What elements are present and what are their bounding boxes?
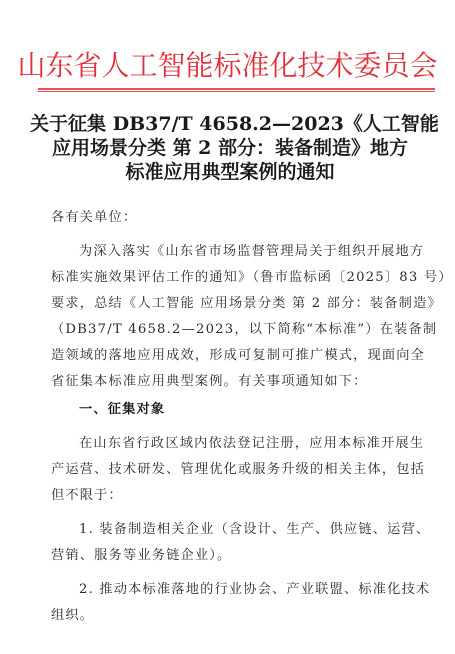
section-line: 但不限于：: [51, 484, 123, 503]
notice-body: 各有关单位： 为深入落实《山东省市场监督管理局关于组织开展地方 标准实施效果评估…: [51, 0, 406, 654]
section-line: 产运营、技术研发、管理优化或服务升级的相关主体，包括: [51, 458, 425, 477]
intro-line: 造领域的落地应用成效，形成可复制可推广模式，现面向全: [51, 344, 425, 363]
list-item-1-cont: 营销、服务等业务链企业）。: [51, 544, 231, 563]
section-line: 在山东省行政区域内依法登记注册，应用本标准开展生: [79, 432, 424, 451]
list-item-2: 2. 推动本标准落地的行业协会、产业联盟、标准化技术: [79, 578, 430, 597]
salutation: 各有关单位：: [51, 206, 137, 225]
intro-line: 标准实施效果评估工作的通知》（鲁市监标函〔2025〕83 号）: [51, 266, 453, 285]
intro-line: 为深入落实《山东省市场监督管理局关于组织开展地方: [79, 240, 424, 259]
intro-line: 省征集本标准应用典型案例。有关事项通知如下：: [51, 370, 368, 389]
section-heading: 一、征集对象: [79, 398, 165, 417]
list-item-1: 1. 装备制造相关企业（含设计、生产、供应链、运营、: [79, 518, 430, 537]
list-item-2-cont: 组织。: [51, 604, 94, 623]
intro-line: 要求，总结《人工智能 应用场景分类 第 2 部分：装备制造》: [51, 292, 442, 311]
document-page: 山东省人工智能标准化技术委员会 关于征集 DB37/T 4658.2—2023《…: [0, 0, 455, 654]
intro-line: （DB37/T 4658.2—2023，以下简称“本标准”）在装备制: [51, 318, 437, 337]
